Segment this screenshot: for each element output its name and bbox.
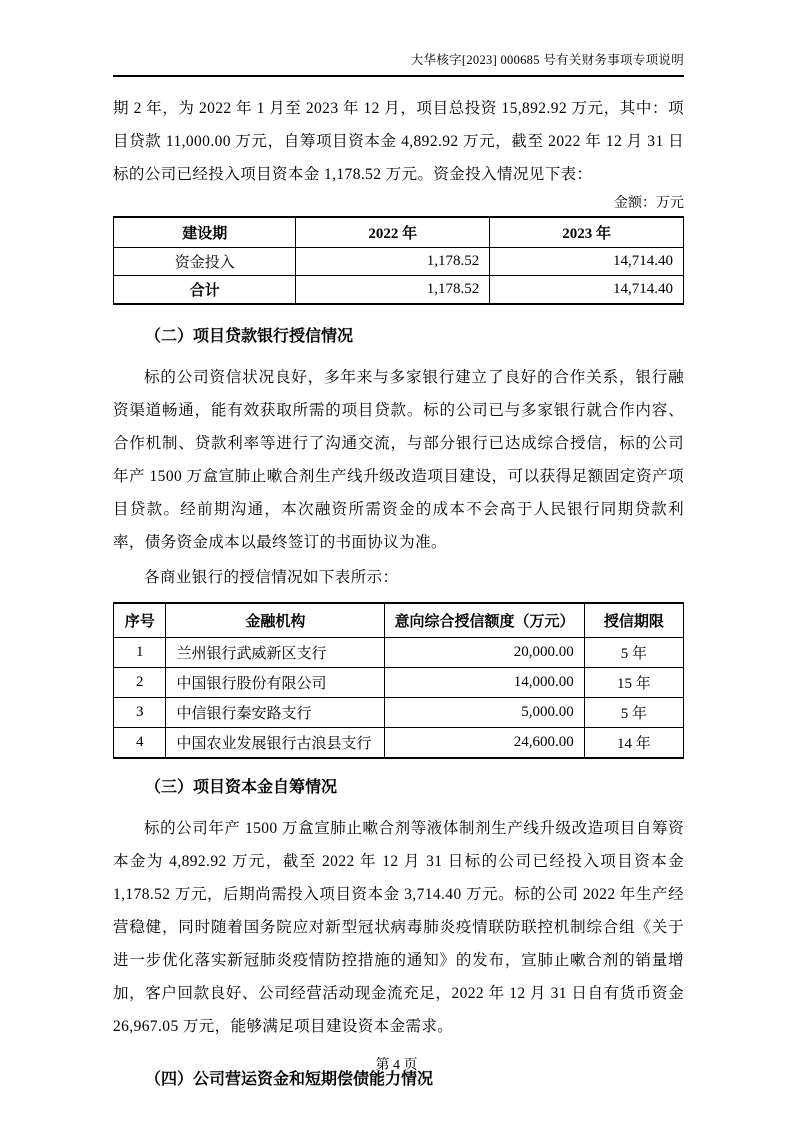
table-row: 4 中国农业发展银行古浪县支行 24,600.00 14 年: [114, 728, 684, 759]
cell-value: 1,178.52: [296, 248, 490, 276]
cell-bank: 兰州银行武威新区支行: [166, 638, 385, 668]
cell-amount: 20,000.00: [385, 638, 584, 668]
row-label: 合计: [114, 276, 296, 305]
cell-bank: 中信银行秦安路支行: [166, 698, 385, 728]
page-number: 第 4 页: [0, 1054, 793, 1074]
document-page: 大华核字[2023] 000685 号有关财务事项专项说明 期 2 年，为 20…: [0, 0, 793, 1122]
column-header: 建设期: [114, 217, 296, 248]
cell-amount: 24,600.00: [385, 728, 584, 759]
section2-paragraph: 标的公司资信状况良好，多年来与多家银行建立了良好的合作关系，银行融资渠道畅通，能…: [113, 361, 684, 559]
page-header: 大华核字[2023] 000685 号有关财务事项专项说明: [113, 50, 684, 77]
cell-index: 4: [114, 728, 166, 759]
cell-term: 5 年: [584, 638, 683, 668]
investment-table-header-row: 建设期 2022 年 2023 年: [114, 217, 684, 248]
cell-amount: 14,000.00: [385, 668, 584, 698]
table-row: 1 兰州银行武威新区支行 20,000.00 5 年: [114, 638, 684, 668]
credit-table: 序号 金融机构 意向综合授信额度（万元） 授信期限 1 兰州银行武威新区支行 2…: [113, 602, 684, 759]
investment-table: 建设期 2022 年 2023 年 资金投入 1,178.52 14,714.4…: [113, 216, 684, 305]
table-row: 2 中国银行股份有限公司 14,000.00 15 年: [114, 668, 684, 698]
cell-index: 3: [114, 698, 166, 728]
column-header: 2022 年: [296, 217, 490, 248]
section-heading-3: （三）项目资本金自筹情况: [113, 773, 684, 803]
credit-table-header-row: 序号 金融机构 意向综合授信额度（万元） 授信期限: [114, 603, 684, 638]
table-row-total: 合计 1,178.52 14,714.40: [114, 276, 684, 305]
cell-value: 14,714.40: [490, 276, 684, 305]
column-header: 授信期限: [584, 603, 683, 638]
cell-term: 15 年: [584, 668, 683, 698]
column-header: 2023 年: [490, 217, 684, 248]
table-row: 资金投入 1,178.52 14,714.40: [114, 248, 684, 276]
column-header: 金融机构: [166, 603, 385, 638]
cell-value: 1,178.52: [296, 276, 490, 305]
table-unit-note: 金额：万元: [113, 194, 684, 214]
section-heading-2: （二）项目贷款银行授信情况: [113, 322, 684, 352]
table-row: 3 中信银行秦安路支行 5,000.00 5 年: [114, 698, 684, 728]
cell-bank: 中国农业发展银行古浪县支行: [166, 728, 385, 759]
cell-value: 14,714.40: [490, 248, 684, 276]
column-header: 意向综合授信额度（万元）: [385, 603, 584, 638]
cell-term: 14 年: [584, 728, 683, 759]
row-label: 资金投入: [114, 248, 296, 276]
cell-index: 1: [114, 638, 166, 668]
intro-paragraph: 期 2 年，为 2022 年 1 月至 2023 年 12 月，项目总投资 15…: [113, 92, 684, 191]
section3-paragraph: 标的公司年产 1500 万盒宣肺止嗽合剂等液体制剂生产线升级改造项目自筹资本金为…: [113, 812, 684, 1043]
credit-table-intro: 各商业银行的授信情况如下表所示：: [113, 561, 684, 594]
column-header: 序号: [114, 603, 166, 638]
cell-bank: 中国银行股份有限公司: [166, 668, 385, 698]
cell-amount: 5,000.00: [385, 698, 584, 728]
cell-index: 2: [114, 668, 166, 698]
cell-term: 5 年: [584, 698, 683, 728]
